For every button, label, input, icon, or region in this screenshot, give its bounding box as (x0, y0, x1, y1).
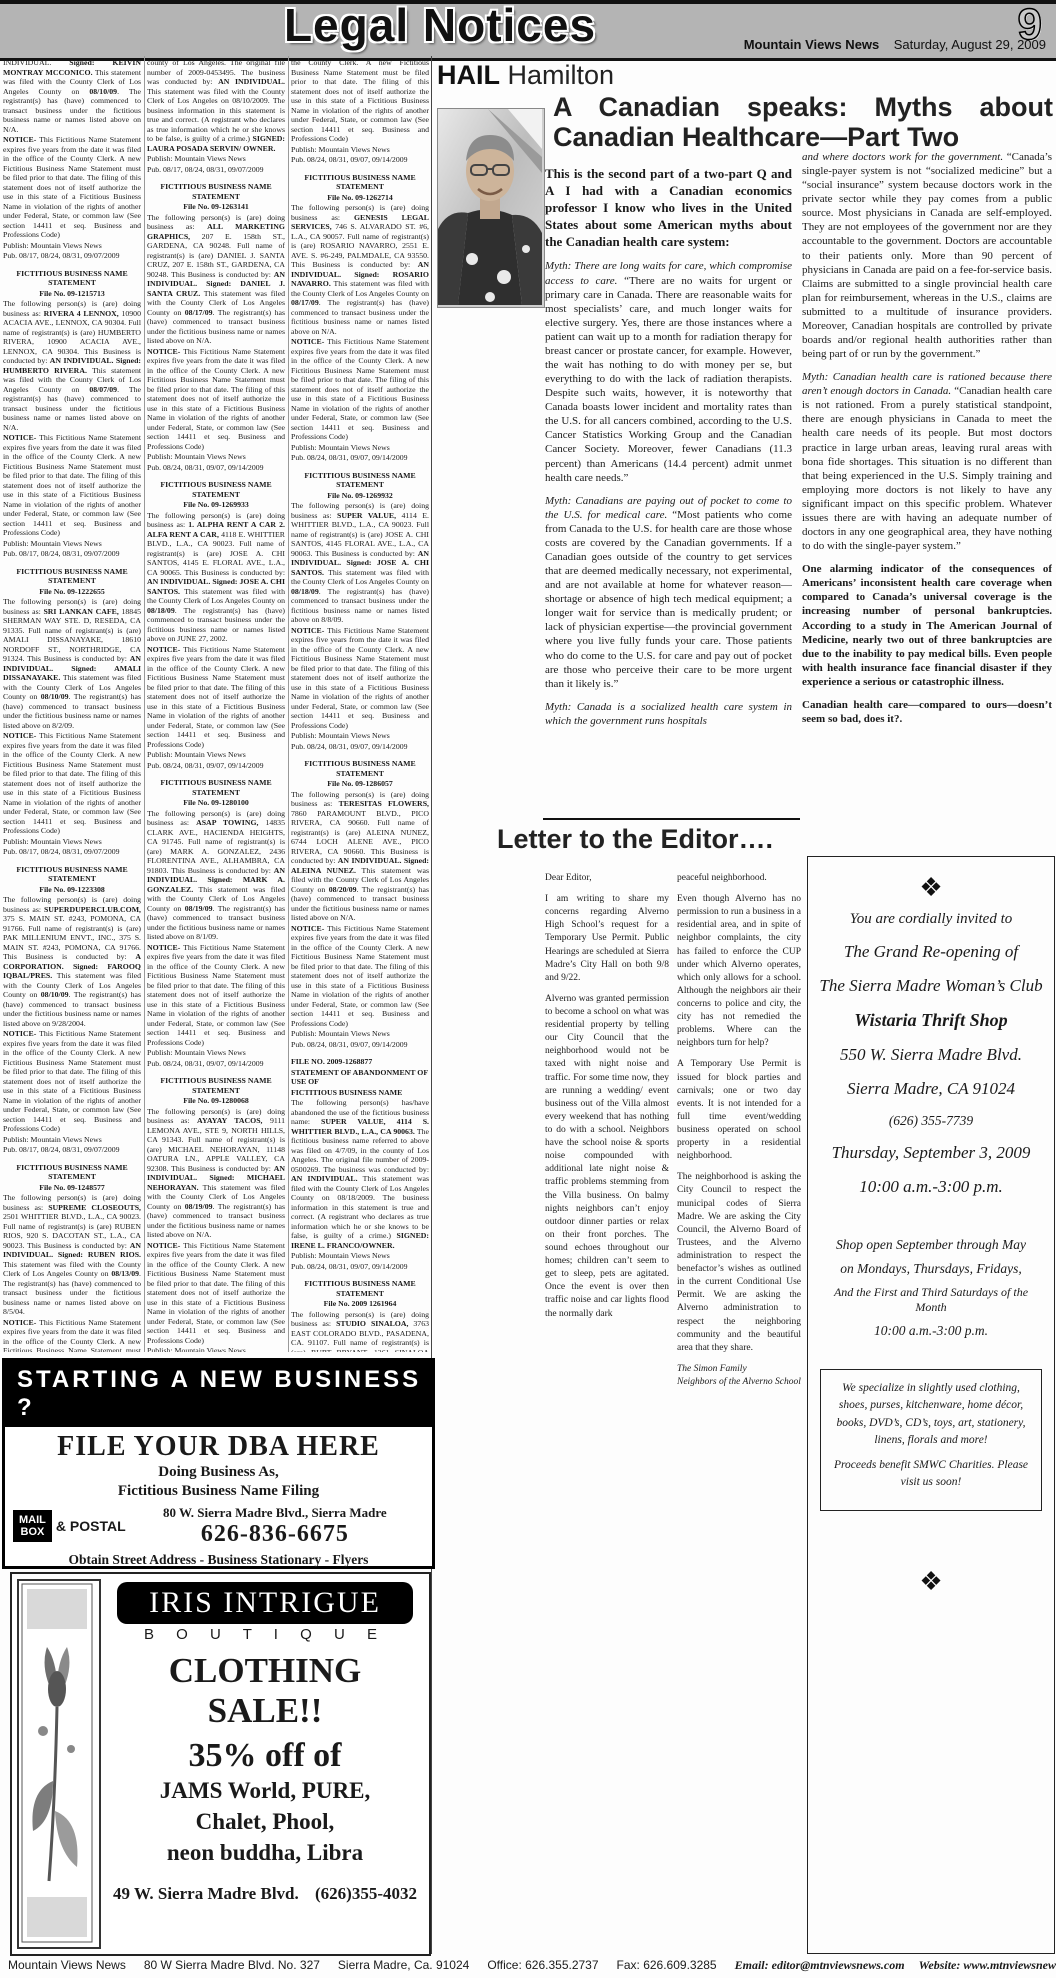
notice-heading: FICTITIOUS BUSINESS NAME STATEMENT (147, 1076, 285, 1095)
notice-publish: Publish: Mountain Views News (147, 1048, 285, 1058)
footer-part: Fax: 626.609.3285 (617, 1958, 717, 1972)
legal-notices-column-1: INDIVIDUAL. Signed: KEIVIN MONTRAY MCCON… (3, 58, 141, 1352)
notice-publish: Publish: Mountain Views News (3, 539, 141, 549)
notice-boilerplate: NOTICE- This Fictitious Name Statement e… (3, 433, 141, 538)
iris-flower-artwork (17, 1579, 101, 1949)
notice-heading: FILE NO. 2009-1268877 (291, 1057, 429, 1067)
letter-paragraph: I am writing to share my concerns regard… (545, 893, 669, 985)
letter-paragraph: Alverno was granted permission to become… (545, 993, 669, 1321)
notice-heading: FICTITIOUS BUSINESS NAME STATEMENT (291, 471, 429, 490)
notice-heading: FICTITIOUS BUSINESS NAME STATEMENT (147, 182, 285, 201)
legal-notices-column-3: the County Clerk. A new Fictitious Busin… (291, 58, 429, 1352)
invitation-line: And the First and Third Saturdays of the… (808, 1285, 1054, 1315)
myth-lead: and where doctors work for the governmen… (802, 151, 1003, 163)
letter-section-rule (543, 818, 800, 820)
invitation-line: 550 W. Sierra Madre Blvd. (808, 1045, 1054, 1065)
letter-paragraph: Dear Editor, (545, 872, 669, 885)
article-paragraph: Myth: Canada is a socialized health care… (545, 700, 792, 728)
notice-heading: FICTITIOUS BUSINESS NAME STATEMENT (3, 1163, 141, 1182)
article-paragraph: Myth: There are long waits for care, whi… (545, 259, 792, 484)
dba-ad-phone: 626-836-6675 (126, 1521, 424, 1548)
notice-heading: File No. 09-1280068 (147, 1096, 285, 1106)
notice-pub-dates: Pub. 08/17, 08/24, 08/31, 09/07/2009 (3, 549, 141, 559)
article-paragraph: Myth: Canadians are paying out of pocket… (545, 494, 792, 691)
notice-heading: File No. 09-1269933 (147, 500, 285, 510)
letter-heading: Letter to the Editor…. (470, 824, 800, 855)
letter-column-1: Dear Editor,I am writing to share my con… (545, 872, 669, 1932)
logo-text: BOX (19, 1526, 46, 1538)
notice-heading: File No. 09-1263141 (147, 202, 285, 212)
invitation-line: Shop open September through May (808, 1237, 1054, 1253)
dba-ad-address: 80 W. Sierra Madre Blvd., Sierra Madre (126, 1505, 424, 1521)
invitation-line: Thursday, September 3, 2009 (808, 1143, 1054, 1163)
article-column-1: This is the second part of a two-part Q … (545, 166, 792, 818)
notice-heading: File No. 09-1280100 (147, 798, 285, 808)
notice-publish: Publish: Mountain Views News (291, 1029, 429, 1039)
notice-publish: Publish: Mountain Views News (3, 1135, 141, 1145)
article-paragraph: One alarming indicator of the consequenc… (802, 562, 1052, 689)
notice-body: The following person(s) is (are) doing b… (3, 597, 141, 730)
notice-heading: File No. 09-1269932 (291, 491, 429, 501)
notice-body: The following person(s) is (are) doing b… (291, 203, 429, 336)
footer-part: Mountain Views News (8, 1958, 126, 1972)
notice-heading: STATEMENT OF ABANDONMENT OF USE OF (291, 1068, 429, 1087)
notice-pub-dates: Pub. 08/24, 08/31, 09/07, 09/14/2009 (291, 155, 429, 165)
dba-filing-ad: STARTING A NEW BUSINESS ? FILE YOUR DBA … (2, 1358, 435, 1569)
notice-heading: FICTITIOUS BUSINESS NAME (291, 1088, 429, 1098)
column-rule (144, 56, 145, 1352)
dba-ad-services-1: Obtain Street Address - Business Station… (5, 1551, 432, 1569)
notice-boilerplate: NOTICE- This Fictitious Name Statement e… (291, 337, 429, 442)
notice-body: The following person(s) is (are) doing b… (147, 809, 285, 942)
invitation-detail-box: We specialize in slightly used clothing,… (820, 1369, 1042, 1511)
notice-pub-dates: Pub. 08/24, 08/31, 09/07, 09/14/2009 (291, 453, 429, 463)
notice-pub-dates: Pub. 08/24, 08/31, 09/07, 09/14/2009 (291, 1040, 429, 1050)
letter-paragraph: A Temporary Use Permit is issued for blo… (677, 1058, 801, 1163)
notice-publish: Publish: Mountain Views News (147, 750, 285, 760)
notice-heading: FICTITIOUS BUSINESS NAME STATEMENT (291, 1279, 429, 1298)
page-title: Legal Notices (90, 0, 790, 52)
footer-part: Website: www.mtnviewsnews.com (919, 1958, 1056, 1972)
invitation-box-line: We specialize in slightly used clothing,… (829, 1380, 1033, 1449)
article-paragraph: This is the second part of a two-part Q … (545, 166, 792, 250)
notice-heading: File No. 09-1215713 (3, 289, 141, 299)
notice-heading: File No. 2009 1261964 (291, 1299, 429, 1309)
myth-lead: Myth: There are long waits for care, whi… (545, 260, 792, 286)
notice-body: The following person(s) is (are) doing b… (3, 1193, 141, 1317)
letter-column-2: peaceful neighborhood.Even though Alvern… (677, 872, 801, 1932)
myth-lead: Myth: Canadians are paying out of pocket… (545, 495, 792, 521)
notice-boilerplate: NOTICE- This Fictitious Name Statement e… (147, 645, 285, 750)
notice-body: the County Clerk. A new Fictitious Busin… (291, 58, 429, 144)
letter-paragraph: Even though Alverno has no permission to… (677, 893, 801, 1050)
notice-heading: File No. 09-1222655 (3, 587, 141, 597)
newspaper-page: { "colors": {"masthead_gray": "#b4b4b4",… (0, 0, 1056, 1978)
notice-pub-dates: Pub. 08/24, 08/31, 09/07, 09/14/2009 (147, 1059, 285, 1069)
mailbox-postal-logo: MAIL BOX (13, 1510, 52, 1542)
column-kicker: HAIL Hamilton (437, 60, 614, 91)
notice-boilerplate: NOTICE- This Fictitious Name Statement e… (3, 135, 141, 240)
notice-heading: FICTITIOUS BUSINESS NAME STATEMENT (291, 759, 429, 778)
notice-publish: Publish: Mountain Views News (3, 241, 141, 251)
footer-part: Email: editor@mtnviewsnews.com (735, 1958, 905, 1972)
section-divider-rule (431, 56, 432, 1954)
issue-date: Saturday, August 29, 2009 (894, 37, 1046, 52)
notice-heading: File No. 09-1262714 (291, 193, 429, 203)
diamond-ornament-icon: ❖ (808, 1567, 1054, 1597)
dba-ad-headline: STARTING A NEW BUSINESS ? (5, 1361, 432, 1427)
notice-boilerplate: NOTICE- This Fictitious Name Statement e… (291, 626, 429, 731)
notice-body: The following person(s) is (are) doing b… (3, 895, 141, 1028)
letter-paragraph: The Simon Family (677, 1363, 801, 1376)
legal-notices-column-2: county of Los Angeles. The original file… (147, 58, 285, 1352)
notice-publish: Publish: Mountain Views News (291, 1251, 429, 1261)
article-paragraph: Myth: Canadian health care is rationed b… (802, 370, 1052, 553)
notice-publish: Publish: Mountain Views News (147, 452, 285, 462)
notice-boilerplate: NOTICE- This Fictitious Name Statement e… (147, 347, 285, 452)
notice-pub-dates: Pub. 08/24, 08/31, 09/07, 09/14/2009 (291, 1262, 429, 1272)
notice-pub-dates: Pub. 08/24, 08/31, 09/07, 09/14/2009 (147, 761, 285, 771)
column-rule (288, 56, 289, 1352)
article-paragraph: and where doctors work for the governmen… (802, 150, 1052, 361)
iris-ad-brand: JAMS World, PURE, (107, 1775, 423, 1806)
notice-body: The following person(s) is (are) doing b… (147, 1107, 285, 1240)
notice-publish: Publish: Mountain Views News (291, 731, 429, 741)
paper-name: Mountain Views News (744, 37, 880, 52)
notice-boilerplate: NOTICE- This Fictitious Name Statement e… (3, 1029, 141, 1134)
iris-ad-phone: (626)355-4032 (315, 1884, 417, 1904)
kicker-rest: Hamilton (500, 60, 614, 90)
iris-ad-brand: Chalet, Phool, (107, 1806, 423, 1837)
notice-body: The following person(s) is (are) doing b… (291, 1310, 429, 1353)
invitation-line: 10:00 a.m.-3:00 p.m. (808, 1323, 1054, 1339)
iris-ad-content: IRIS INTRIGUE B O U T I Q U E CLOTHING S… (107, 1580, 423, 1948)
kicker-bold: HAIL (437, 60, 500, 90)
notice-body: INDIVIDUAL. Signed: KEIVIN MONTRAY MCCON… (3, 58, 141, 134)
dba-ad-address-block: 80 W. Sierra Madre Blvd., Sierra Madre 6… (126, 1505, 424, 1548)
footer-part: 80 W Sierra Madre Blvd. No. 327 (144, 1958, 320, 1972)
article-paragraph: Canadian health care—compared to ours—do… (802, 698, 1052, 726)
iris-ad-brand: neon buddha, Libra (107, 1837, 423, 1868)
notice-publish: Publish: Mountain Views News (3, 837, 141, 847)
iris-ad-address: 49 W. Sierra Madre Blvd. (113, 1884, 299, 1904)
notice-publish: Publish: Mountain Views News (147, 1346, 285, 1352)
notice-pub-dates: Pub. 08/17, 08/24, 08/31, 09/07/2009 (147, 165, 285, 175)
author-photo (437, 108, 545, 308)
iris-ad-boutique: B O U T I Q U E (107, 1626, 423, 1643)
invitation-line: 10:00 a.m.-3:00 p.m. (808, 1177, 1054, 1197)
notice-pub-dates: Pub. 08/17, 08/24, 08/31, 09/07/2009 (3, 1145, 141, 1155)
masthead-band: Legal Notices 9 Mountain Views News Satu… (0, 0, 1056, 61)
notice-heading: FICTITIOUS BUSINESS NAME STATEMENT (291, 173, 429, 192)
notice-boilerplate: NOTICE- This Fictitious Name Statement e… (3, 731, 141, 836)
article-column-2: and where doctors work for the governmen… (802, 150, 1052, 818)
dba-ad-subtitle: Doing Business As, (5, 1463, 432, 1482)
notice-publish: Publish: Mountain Views News (291, 145, 429, 155)
invitation-line: Wistaria Thrift Shop (808, 1010, 1054, 1031)
notice-body: The following person(s) is (are) doing b… (291, 501, 429, 625)
notice-pub-dates: Pub. 08/17, 08/24, 08/31, 09/07/2009 (3, 847, 141, 857)
notice-body: The following person(s) is (are) doing b… (291, 790, 429, 923)
notice-publish: Publish: Mountain Views News (147, 154, 285, 164)
notice-body: The following person(s) is (are) doing b… (147, 511, 285, 644)
invitation-line: The Grand Re-opening of (808, 942, 1054, 962)
notice-body: The following person(s) is (are) doing b… (147, 213, 285, 346)
letter-paragraph: The neighborhood is asking the City Coun… (677, 1171, 801, 1355)
notice-heading: File No. 09-1248577 (3, 1183, 141, 1193)
footer-contact-line: Mountain Views News80 W Sierra Madre Blv… (8, 1958, 1056, 1973)
footer-part: Office: 626.355.2737 (487, 1958, 598, 1972)
notice-body: The following person(s) has/have abandon… (291, 1098, 429, 1250)
dba-ad-subtitle2: Fictitious Business Name Filing (5, 1482, 432, 1501)
notice-heading: FICTITIOUS BUSINESS NAME STATEMENT (147, 778, 285, 797)
myth-lead: Myth: Canada is a socialized health care… (545, 701, 792, 727)
letter-paragraph: peaceful neighborhood. (677, 872, 801, 885)
notice-heading: File No. 09-1223308 (3, 885, 141, 895)
thrift-shop-invitation: ❖ You are cordially invited toThe Grand … (807, 856, 1055, 1954)
notice-boilerplate: NOTICE- This Fictitious Name Statement e… (291, 924, 429, 1029)
notice-pub-dates: Pub. 08/17, 08/24, 08/31, 09/07/2009 (3, 251, 141, 261)
iris-ad-sale: CLOTHING SALE!! (107, 1651, 423, 1731)
invitation-line: You are cordially invited to (808, 911, 1054, 928)
notice-heading: FICTITIOUS BUSINESS NAME STATEMENT (3, 567, 141, 586)
notice-heading: FICTITIOUS BUSINESS NAME STATEMENT (3, 865, 141, 884)
invitation-line: (626) 355-7739 (808, 1113, 1054, 1129)
notice-heading: FICTITIOUS BUSINESS NAME STATEMENT (147, 480, 285, 499)
notice-pub-dates: Pub. 08/24, 08/31, 09/07, 09/14/2009 (291, 742, 429, 752)
invitation-line: on Mondays, Thursdays, Fridays, (808, 1261, 1054, 1277)
notice-boilerplate: NOTICE- This Fictitious Name Statement e… (147, 1241, 285, 1346)
article-headline: A Canadian speaks: Myths about Canadian … (553, 92, 1053, 152)
footer-part: Sierra Madre, Ca. 91024 (338, 1958, 469, 1972)
notice-heading: File No. 09-1286057 (291, 779, 429, 789)
notice-body: The following person(s) is (are) doing b… (3, 299, 141, 432)
iris-ad-discount: 35% off of (107, 1737, 423, 1775)
notice-body: county of Los Angeles. The original file… (147, 58, 285, 153)
notice-boilerplate: NOTICE- This Fictitious Name Statement e… (147, 943, 285, 1048)
myth-lead: Myth: Canadian health care is rationed b… (802, 371, 1052, 397)
invitation-line: Sierra Madre, CA 91024 (808, 1079, 1054, 1099)
dba-ad-title: FILE YOUR DBA HERE (5, 1431, 432, 1463)
invitation-lines: You are cordially invited toThe Grand Re… (808, 911, 1054, 1339)
letter-paragraph: Neighbors of the Alverno School (677, 1376, 801, 1389)
notice-pub-dates: Pub. 08/24, 08/31, 09/07, 09/14/2009 (147, 463, 285, 473)
invitation-box-line: Proceeds benefit SMWC Charities. Please … (829, 1457, 1033, 1492)
logo-text: MAIL (19, 1514, 46, 1526)
diamond-ornament-icon: ❖ (808, 873, 1054, 903)
invitation-line: The Sierra Madre Woman’s Club (808, 976, 1054, 996)
iris-intrigue-ad: IRIS INTRIGUE B O U T I Q U E CLOTHING S… (10, 1572, 431, 1956)
iris-ad-banner: IRIS INTRIGUE (117, 1582, 413, 1624)
notice-boilerplate: NOTICE- This Fictitious Name Statement e… (3, 1318, 141, 1353)
notice-publish: Publish: Mountain Views News (291, 443, 429, 453)
masthead-dateline: Mountain Views News Saturday, August 29,… (744, 37, 1046, 52)
notice-heading: FICTITIOUS BUSINESS NAME STATEMENT (3, 269, 141, 288)
logo-suffix: & POSTAL (56, 1518, 126, 1534)
